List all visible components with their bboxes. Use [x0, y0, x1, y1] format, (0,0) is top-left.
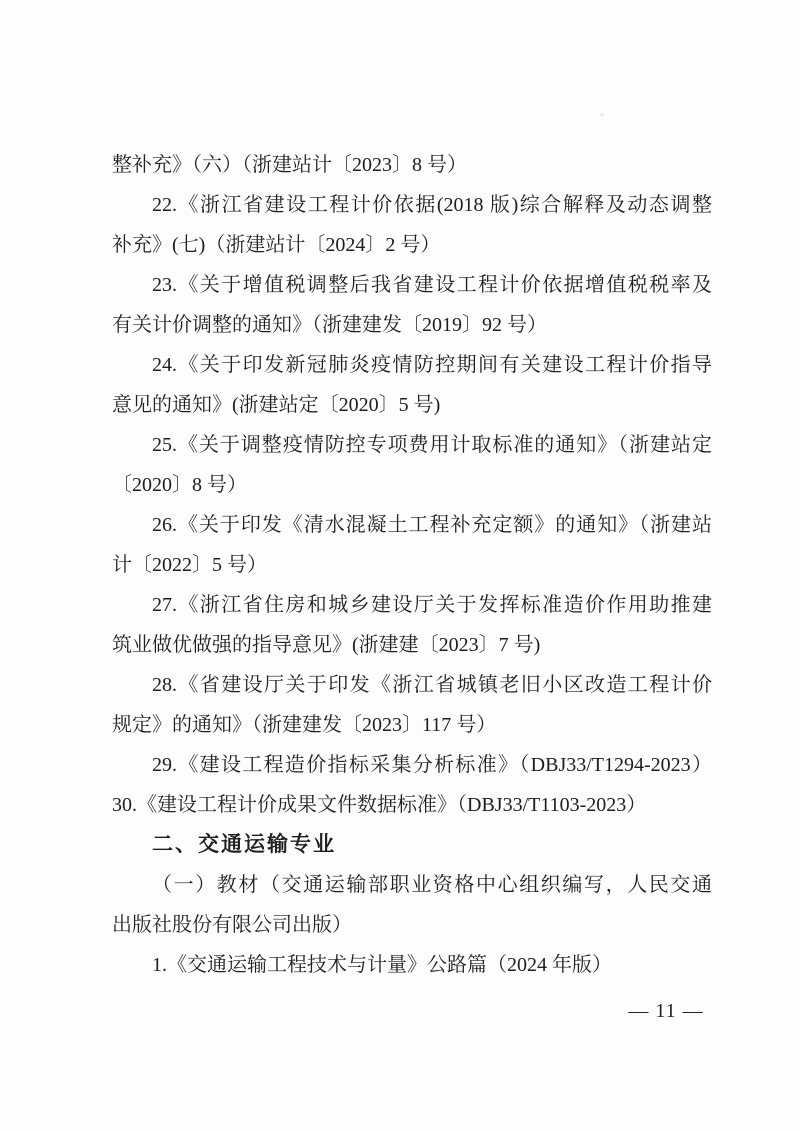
document-line: 有关计价调整的通知》（浙建建发〔2019〕92 号）: [112, 305, 712, 345]
document-line: 1.《交通运输工程技术与计量》公路篇（2024 年版）: [112, 945, 712, 985]
document-line: 筑业做优做强的指导意见》(浙建建〔2023〕7 号): [112, 625, 712, 665]
document-line: 23.《关于增值税调整后我省建设工程计价依据增值税税率及: [112, 265, 712, 305]
document-line: 意见的通知》(浙建站定〔2020〕5 号): [112, 385, 712, 425]
page-number: — 11 —: [610, 1000, 722, 1026]
document-line: 22.《浙江省建设工程计价依据(2018 版)综合解释及动态调整: [112, 185, 712, 225]
document-line: 计〔2022〕5 号）: [112, 545, 712, 585]
document-body: 整补充》（六）（浙建站计〔2023〕8 号） 22.《浙江省建设工程计价依据(2…: [112, 145, 712, 985]
scan-artifact-dot: [600, 113, 604, 116]
document-line: 26.《关于印发《清水混凝土工程补充定额》的通知》（浙建站: [112, 505, 712, 545]
document-line: 27.《浙江省住房和城乡建设厅关于发挥标准造价作用助推建: [112, 585, 712, 625]
document-line: （一）教材（交通运输部职业资格中心组织编写，人民交通: [112, 865, 712, 905]
document-line: 出版社股份有限公司出版）: [112, 905, 712, 945]
document-line: 25.《关于调整疫情防控专项费用计取标准的通知》（浙建站定: [112, 425, 712, 465]
document-line: 规定》的通知》（浙建建发〔2023〕117 号）: [112, 705, 712, 745]
document-line: 24.《关于印发新冠肺炎疫情防控期间有关建设工程计价指导: [112, 345, 712, 385]
section-heading: 二、交通运输专业: [112, 825, 712, 865]
document-line: 29.《建设工程造价指标采集分析标准》（DBJ33/T1294-2023）: [112, 745, 712, 785]
document-line: 30.《建设工程计价成果文件数据标准》（DBJ33/T1103-2023）: [112, 785, 712, 825]
document-line: 整补充》（六）（浙建站计〔2023〕8 号）: [112, 145, 712, 185]
document-line: 〔2020〕8 号）: [112, 465, 712, 505]
document-line: 28.《省建设厅关于印发《浙江省城镇老旧小区改造工程计价: [112, 665, 712, 705]
document-page: 整补充》（六）（浙建站计〔2023〕8 号） 22.《浙江省建设工程计价依据(2…: [0, 0, 800, 1131]
document-line: 补充》(七)（浙建站计〔2024〕2 号）: [112, 225, 712, 265]
